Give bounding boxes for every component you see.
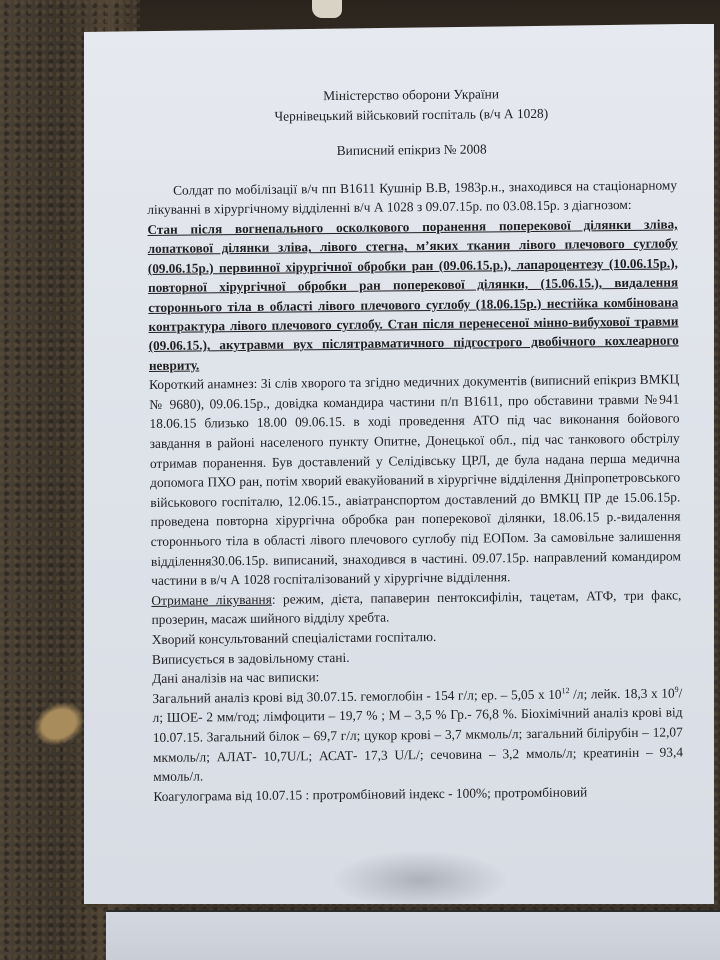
treatment: Отримане лікування: режим, дієта, папаве… xyxy=(151,585,681,630)
blood-analysis-part-a: Загальний аналіз крові від 30.07.15. гем… xyxy=(152,686,561,705)
diagnosis: Стан після вогнепального осколкового пор… xyxy=(147,214,679,375)
treatment-label: Отримане лікування xyxy=(151,591,272,607)
anamnesis-label: Короткий анамнез: xyxy=(149,376,257,392)
tape-scrap xyxy=(312,0,342,18)
blood-analysis: Загальний аналіз крові від 30.07.15. гем… xyxy=(152,683,683,787)
fold-shadow xyxy=(330,850,510,910)
second-paper-sheet xyxy=(106,910,720,960)
document-title: Виписний епікриз № 2008 xyxy=(147,138,677,163)
hospital-heading: Чернівецький військовий госпіталь (в/ч А… xyxy=(146,102,676,127)
patient-intro: Солдат по мобілізації в/ч пп В1611 Кушні… xyxy=(147,175,677,220)
anamnesis-text: Зі слів хворого та згідно медичних докум… xyxy=(149,372,681,588)
anamnesis: Короткий анамнез: Зі слів хворого та згі… xyxy=(149,370,681,591)
blood-analysis-part-b: /л; лейк. 18,3 х 10 xyxy=(570,685,675,701)
discharge-document: Міністерство оборони України Чернівецьки… xyxy=(146,82,683,806)
